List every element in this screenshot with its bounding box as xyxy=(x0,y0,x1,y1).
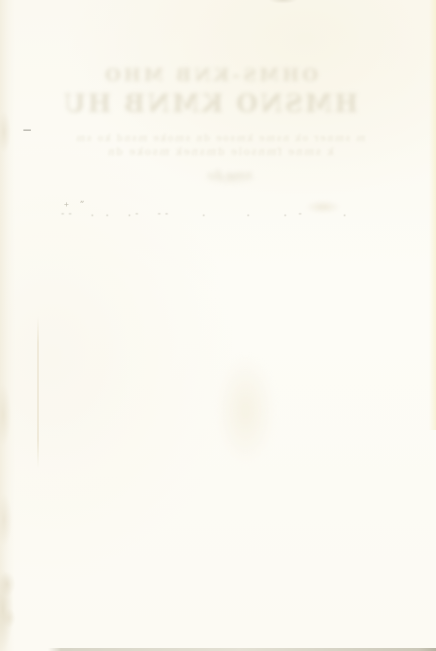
ghost-spine-line xyxy=(37,316,39,468)
right-edge-tint xyxy=(429,0,436,430)
ghost-subtitle-line2: k smne fmnsole dmsnek msoke dn xyxy=(0,145,436,160)
ghost-figure-showthrough xyxy=(198,328,293,493)
top-edge-notch xyxy=(264,0,302,6)
ghost-imprint-showthrough: nme 8o xyxy=(190,168,270,188)
ghost-title-line1: OHMS-KNB MHO xyxy=(0,64,420,88)
pencil-dash-line: -- . . .- -- . . . - . xyxy=(60,209,260,219)
ghost-title-line2: HMSNO KMNB HU xyxy=(0,88,420,119)
ghost-title-showthrough: OHMS-KNB MHO HMSNO KMNB HU xyxy=(0,64,420,119)
bottom-left-smudge xyxy=(0,556,26,651)
scanned-book-page: OHMS-KNB MHO HMSNO KMNB HU m smner ok ns… xyxy=(0,0,436,651)
margin-tick-mark: − xyxy=(22,123,32,137)
ghost-subtitle-line1: m smner ok nsme kmsoe dn smoke msnd ko s… xyxy=(0,133,436,145)
pencil-corner-mark: + ˮ xyxy=(64,200,87,209)
ghost-subtitle-showthrough: m smner ok nsme kmsoe dn smoke msnd ko s… xyxy=(0,133,436,160)
